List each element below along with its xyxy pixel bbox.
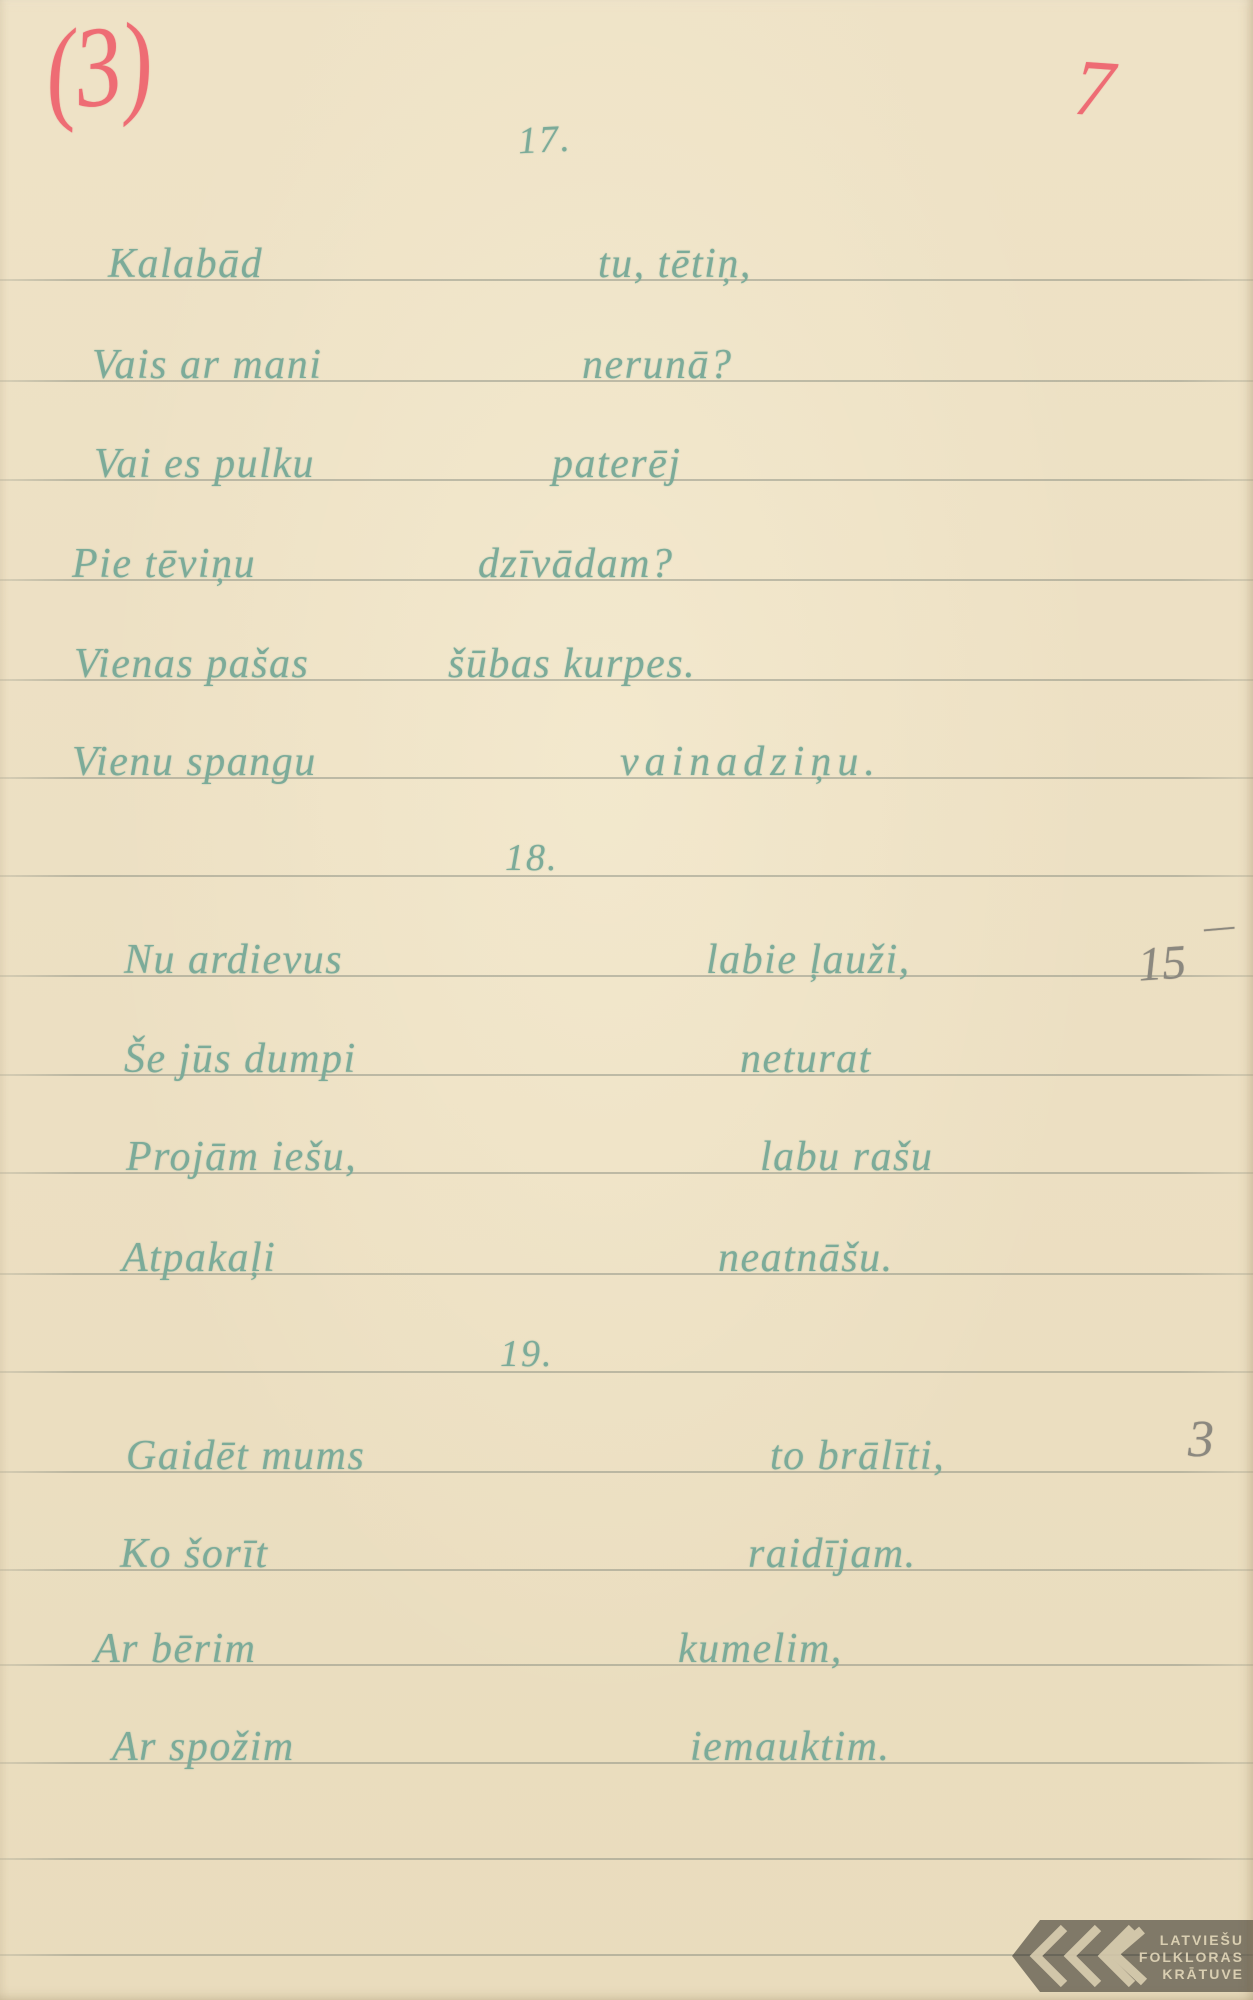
verse18-line3-right: labu rašu	[760, 1133, 933, 1181]
verse17-number: 17.	[517, 117, 573, 164]
verse19-line4-right: iemauktim.	[690, 1723, 890, 1771]
verse17-line3-left: Vai es pulku	[94, 440, 315, 488]
watermark-text-line1: LATVIEŠU	[1160, 1931, 1244, 1948]
verse18-number: 18.	[505, 836, 559, 880]
verse19-line2-left: Ko šorīt	[120, 1530, 269, 1578]
verse17-line1-left: Kalabād	[108, 240, 263, 288]
verse18-line1-left: Nu ardievus	[124, 936, 343, 984]
verse19-line1-left: Gaidēt mums	[126, 1432, 365, 1480]
ruled-line	[0, 875, 1253, 877]
pencil-dash: —	[1202, 907, 1235, 947]
watermark-text-line2: FOLKLORAS	[1139, 1949, 1244, 1965]
verse17-line5-left: Vienas pašas	[74, 640, 309, 688]
verse18-line2-left: Še jūs dumpi	[124, 1035, 357, 1083]
verse17-line4-left: Pie tēviņu	[72, 540, 256, 588]
verse18-line3-left: Projām iešu,	[126, 1133, 357, 1181]
red-bundle-number: (3)	[38, 0, 159, 138]
verse18-line4-left: Atpakaļi	[122, 1234, 276, 1282]
verse17-line2-right: nerunā?	[582, 341, 733, 389]
verse17-line2-left: Vais ar mani	[92, 341, 322, 389]
verse18-line1-right: labie ļauži,	[706, 936, 911, 984]
verse19-line2-right: raidījam.	[748, 1530, 917, 1578]
verse19-line1-right: to brālīti,	[770, 1432, 945, 1480]
pencil-variant-count-19: 3	[1188, 1410, 1214, 1469]
verse19-line3-right: kumelim,	[678, 1625, 843, 1673]
verse17-line3-right: paterēj	[552, 440, 681, 488]
ruled-line	[0, 1858, 1253, 1860]
watermark-text-line3: KRĀTUVE	[1162, 1966, 1244, 1982]
verse17-line1-right: tu, tētiņ,	[598, 240, 752, 288]
verse19-line3-left: Ar bērim	[94, 1625, 257, 1673]
verse18-line2-right: neturat	[740, 1035, 872, 1083]
pencil-variant-count-18: 15	[1136, 934, 1188, 992]
manuscript-page: (3) 7 17. Kalabād tu, tētiņ, Vais ar man…	[0, 0, 1253, 2000]
archive-watermark: LATVIEŠU FOLKLORAS KRĀTUVE	[1012, 1920, 1253, 1992]
verse17-line5-right: šūbas kurpes.	[448, 640, 696, 688]
lfk-logo-icon: LATVIEŠU FOLKLORAS KRĀTUVE	[1012, 1920, 1253, 1992]
verse19-line4-left: Ar spožim	[112, 1723, 295, 1771]
red-page-number: 7	[1071, 43, 1117, 137]
verse17-line6-left: Vienu spangu	[72, 738, 317, 786]
verse17-line6-right: vainadziņu.	[620, 738, 881, 786]
verse19-number: 19.	[500, 1332, 554, 1376]
ruled-line	[0, 1371, 1253, 1373]
verse17-line4-right: dzīvādam?	[478, 540, 674, 588]
verse18-line4-right: neatnāšu.	[718, 1234, 894, 1282]
